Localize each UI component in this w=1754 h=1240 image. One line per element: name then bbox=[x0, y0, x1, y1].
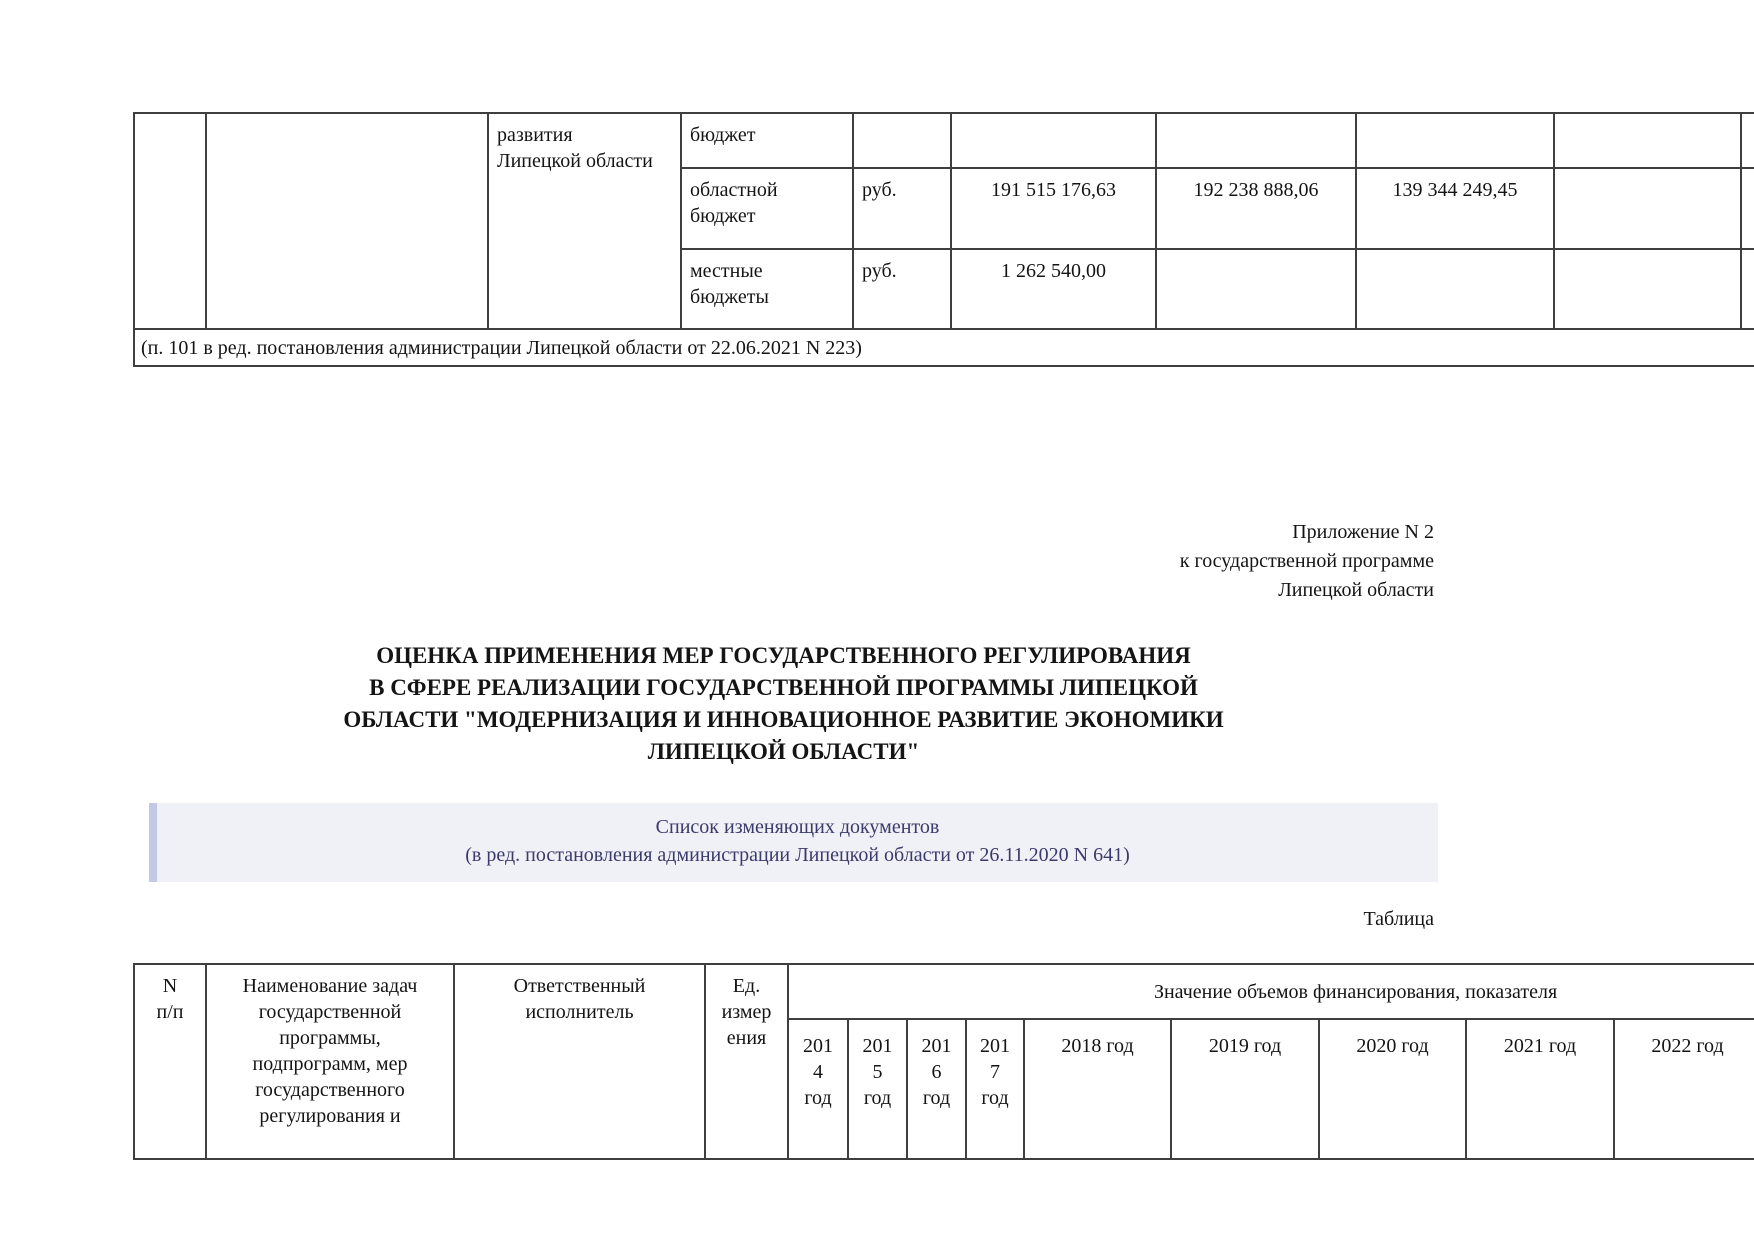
header-year-2017: 201 7 год bbox=[966, 1019, 1024, 1159]
header-year-2021: 2021 год bbox=[1466, 1019, 1614, 1159]
header-year-2018: 2018 год bbox=[1024, 1019, 1171, 1159]
num-cell bbox=[134, 113, 206, 329]
table-caption: Таблица bbox=[133, 908, 1434, 931]
financing-table: N п/п Наименование задач государственной… bbox=[133, 963, 1754, 1160]
value-cell bbox=[1554, 113, 1741, 168]
value-cell bbox=[1554, 249, 1741, 329]
amendments-accent-bar bbox=[149, 803, 157, 882]
header-unit: Ед. измер ения bbox=[705, 964, 788, 1159]
appendix-line: к государственной программе bbox=[133, 547, 1434, 576]
executor-cell: развития Липецкой области bbox=[488, 113, 681, 329]
document-title: ОЦЕНКА ПРИМЕНЕНИЯ МЕР ГОСУДАРСТВЕННОГО Р… bbox=[133, 640, 1434, 768]
value-cell: 192 238 888,06 bbox=[1156, 168, 1356, 249]
value-cell: 191 515 176,63 bbox=[951, 168, 1156, 249]
header-year-2016: 201 6 год bbox=[907, 1019, 966, 1159]
amendments-line: Список изменяющих документов bbox=[157, 813, 1438, 841]
amendments-box: Список изменяющих документов (в ред. пос… bbox=[149, 803, 1438, 882]
budget-type-cell: бюджет bbox=[681, 113, 853, 168]
header-year-2020: 2020 год bbox=[1319, 1019, 1466, 1159]
value-cell bbox=[1356, 249, 1554, 329]
budget-type-cell: местные бюджеты bbox=[681, 249, 853, 329]
table-header-row: N п/п Наименование задач государственной… bbox=[134, 964, 1754, 1019]
document-page: развития Липецкой области бюджет областн… bbox=[0, 0, 1754, 1240]
header-financing-values: Значение объемов финансирования, показат… bbox=[788, 964, 1754, 1019]
appendix-line: Приложение N 2 bbox=[133, 518, 1434, 547]
amendment-footnote: (п. 101 в ред. постановления администрац… bbox=[134, 329, 1754, 366]
task-name-cell bbox=[206, 113, 488, 329]
header-year-2015: 201 5 год bbox=[848, 1019, 907, 1159]
amendments-text: Список изменяющих документов (в ред. пос… bbox=[157, 803, 1438, 882]
value-cell bbox=[1156, 113, 1356, 168]
header-year-2022: 2022 год bbox=[1614, 1019, 1754, 1159]
value-cell bbox=[1741, 113, 1754, 168]
header-task-name: Наименование задач государственной прогр… bbox=[206, 964, 454, 1159]
value-cell bbox=[1554, 168, 1741, 249]
budget-type-cell: областной бюджет bbox=[681, 168, 853, 249]
value-cell bbox=[1741, 249, 1754, 329]
header-year-2014: 201 4 год bbox=[788, 1019, 848, 1159]
unit-cell: руб. bbox=[853, 168, 951, 249]
table-footnote-row: (п. 101 в ред. постановления администрац… bbox=[134, 329, 1754, 366]
header-year-2019: 2019 год bbox=[1171, 1019, 1319, 1159]
appendix-line: Липецкой области bbox=[133, 576, 1434, 605]
budget-continuation-table: развития Липецкой области бюджет областн… bbox=[133, 112, 1754, 367]
unit-cell bbox=[853, 113, 951, 168]
value-cell: 139 344 249,45 bbox=[1356, 168, 1554, 249]
table-row: развития Липецкой области бюджет bbox=[134, 113, 1754, 168]
appendix-reference: Приложение N 2 к государственной програм… bbox=[133, 518, 1434, 605]
value-cell bbox=[1741, 168, 1754, 249]
value-cell bbox=[1156, 249, 1356, 329]
unit-cell: руб. bbox=[853, 249, 951, 329]
value-cell bbox=[951, 113, 1156, 168]
header-executor: Ответственный исполнитель bbox=[454, 964, 705, 1159]
amendments-line: (в ред. постановления администрации Липе… bbox=[157, 841, 1438, 869]
value-cell: 1 262 540,00 bbox=[951, 249, 1156, 329]
value-cell bbox=[1356, 113, 1554, 168]
header-num: N п/п bbox=[134, 964, 206, 1159]
